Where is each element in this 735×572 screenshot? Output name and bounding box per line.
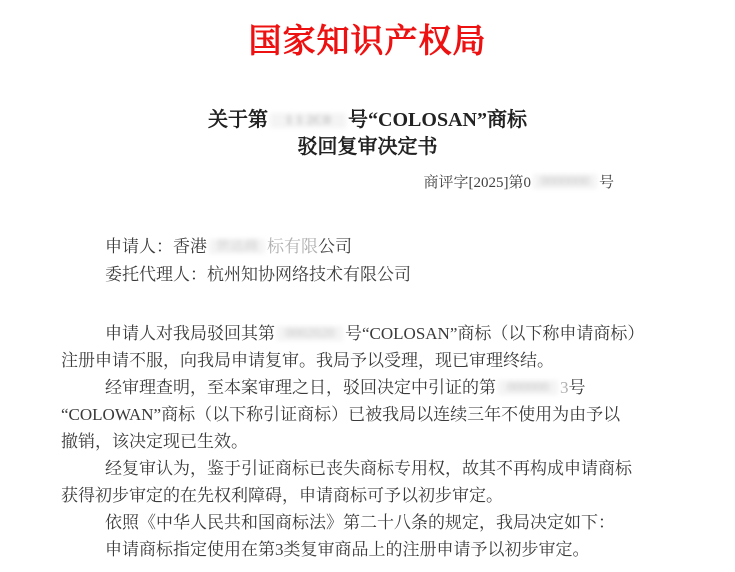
text-segment: 号 [599,175,614,191]
body-line: 获得初步审定的在先权利障碍，申请商标可予以初步审定。 [61,482,721,509]
body-line: 申请商标指定使用在第3类复审商品上的注册申请予以初步审定。 [61,536,721,563]
redacted-text: 0002020 [277,326,343,341]
text-segment: 经复审认为，鉴于引证商标已丧失商标专用权，故其不再构成申请商标 [105,459,632,478]
trademark-decision-document: 国家知识产权局 关于第1 1 2C0号“COLOSAN”商标 驳回复审决定书 商… [0,0,735,572]
text-segment: 经审理查明，至本案审理之日，驳回决定中引证的第 [105,378,496,397]
text-segment: 撤销，该决定现已生效。 [61,432,248,451]
redacted-text: 世达商 [209,239,265,254]
text-segment: “COLOWAN”商标（以下称引证商标）已被我局以连续三年不使用为由予以 [61,405,620,424]
body-line: “COLOWAN”商标（以下称引证商标）已被我局以连续三年不使用为由予以 [61,401,721,428]
text-segment: 获得初步审定的在先权利障碍，申请商标可予以初步审定。 [61,486,503,505]
body-line: 申请人对我局驳回其第0002020号“COLOSAN”商标（以下称申请商标） [61,320,721,347]
body-line: 依照《中华人民共和国商标法》第二十八条的规定，我局决定如下： [61,509,721,536]
reference-number-line: 商评字[2025]第00000000号 [423,173,614,193]
document-title: 关于第1 1 2C0号“COLOSAN”商标 驳回复审决定书 [0,107,735,161]
authority-header: 国家知识产权局 [0,22,735,60]
partially-obscured-text: 3 [560,378,569,397]
redacted-text: 000000 [498,380,558,395]
text-segment: 号“COLOSAN”商标 [348,109,527,131]
decision-body: 申请人对我局驳回其第0002020号“COLOSAN”商标（以下称申请商标） 注… [61,320,721,563]
body-line: 经审理查明，至本案审理之日，驳回决定中引证的第0000003号 [61,374,721,401]
text-segment: 注册申请不服，向我局申请复审。我局予以受理，现已审理终结。 [61,351,554,370]
redacted-text: 0000000 [533,174,597,189]
document-title-line1: 关于第1 1 2C0号“COLOSAN”商标 [0,107,735,134]
parties-block: 申请人：香港世达商标有限公司 委托代理人：杭州知协网络技术有限公司 [61,233,411,289]
applicant-line: 申请人：香港世达商标有限公司 [61,233,411,261]
partially-obscured-text: 标有限 [267,237,318,256]
text-segment: 关于第 [208,109,268,131]
text-segment: 号“COLOSAN”商标（以下称申请商标） [345,324,644,343]
text-segment: 公司 [318,237,352,256]
body-line: 注册申请不服，向我局申请复审。我局予以受理，现已审理终结。 [61,347,721,374]
redacted-text: 1 1 2C0 [270,113,346,128]
text-segment: 号 [569,378,586,397]
text-segment: 申请人对我局驳回其第 [105,324,275,343]
text-segment: 申请商标指定使用在第3类复审商品上的注册申请予以初步审定。 [105,540,590,559]
body-line: 经复审认为，鉴于引证商标已丧失商标专用权，故其不再构成申请商标 [61,455,721,482]
text-segment: 商评字[2025]第0 [423,175,531,191]
document-title-line2: 驳回复审决定书 [0,134,735,161]
text-segment: 申请人：香港 [105,237,207,256]
text-segment: 依照《中华人民共和国商标法》第二十八条的规定，我局决定如下： [105,513,615,532]
agent-line: 委托代理人：杭州知协网络技术有限公司 [61,261,411,289]
body-line: 撤销，该决定现已生效。 [61,428,721,455]
text-segment: 委托代理人：杭州知协网络技术有限公司 [105,265,411,284]
